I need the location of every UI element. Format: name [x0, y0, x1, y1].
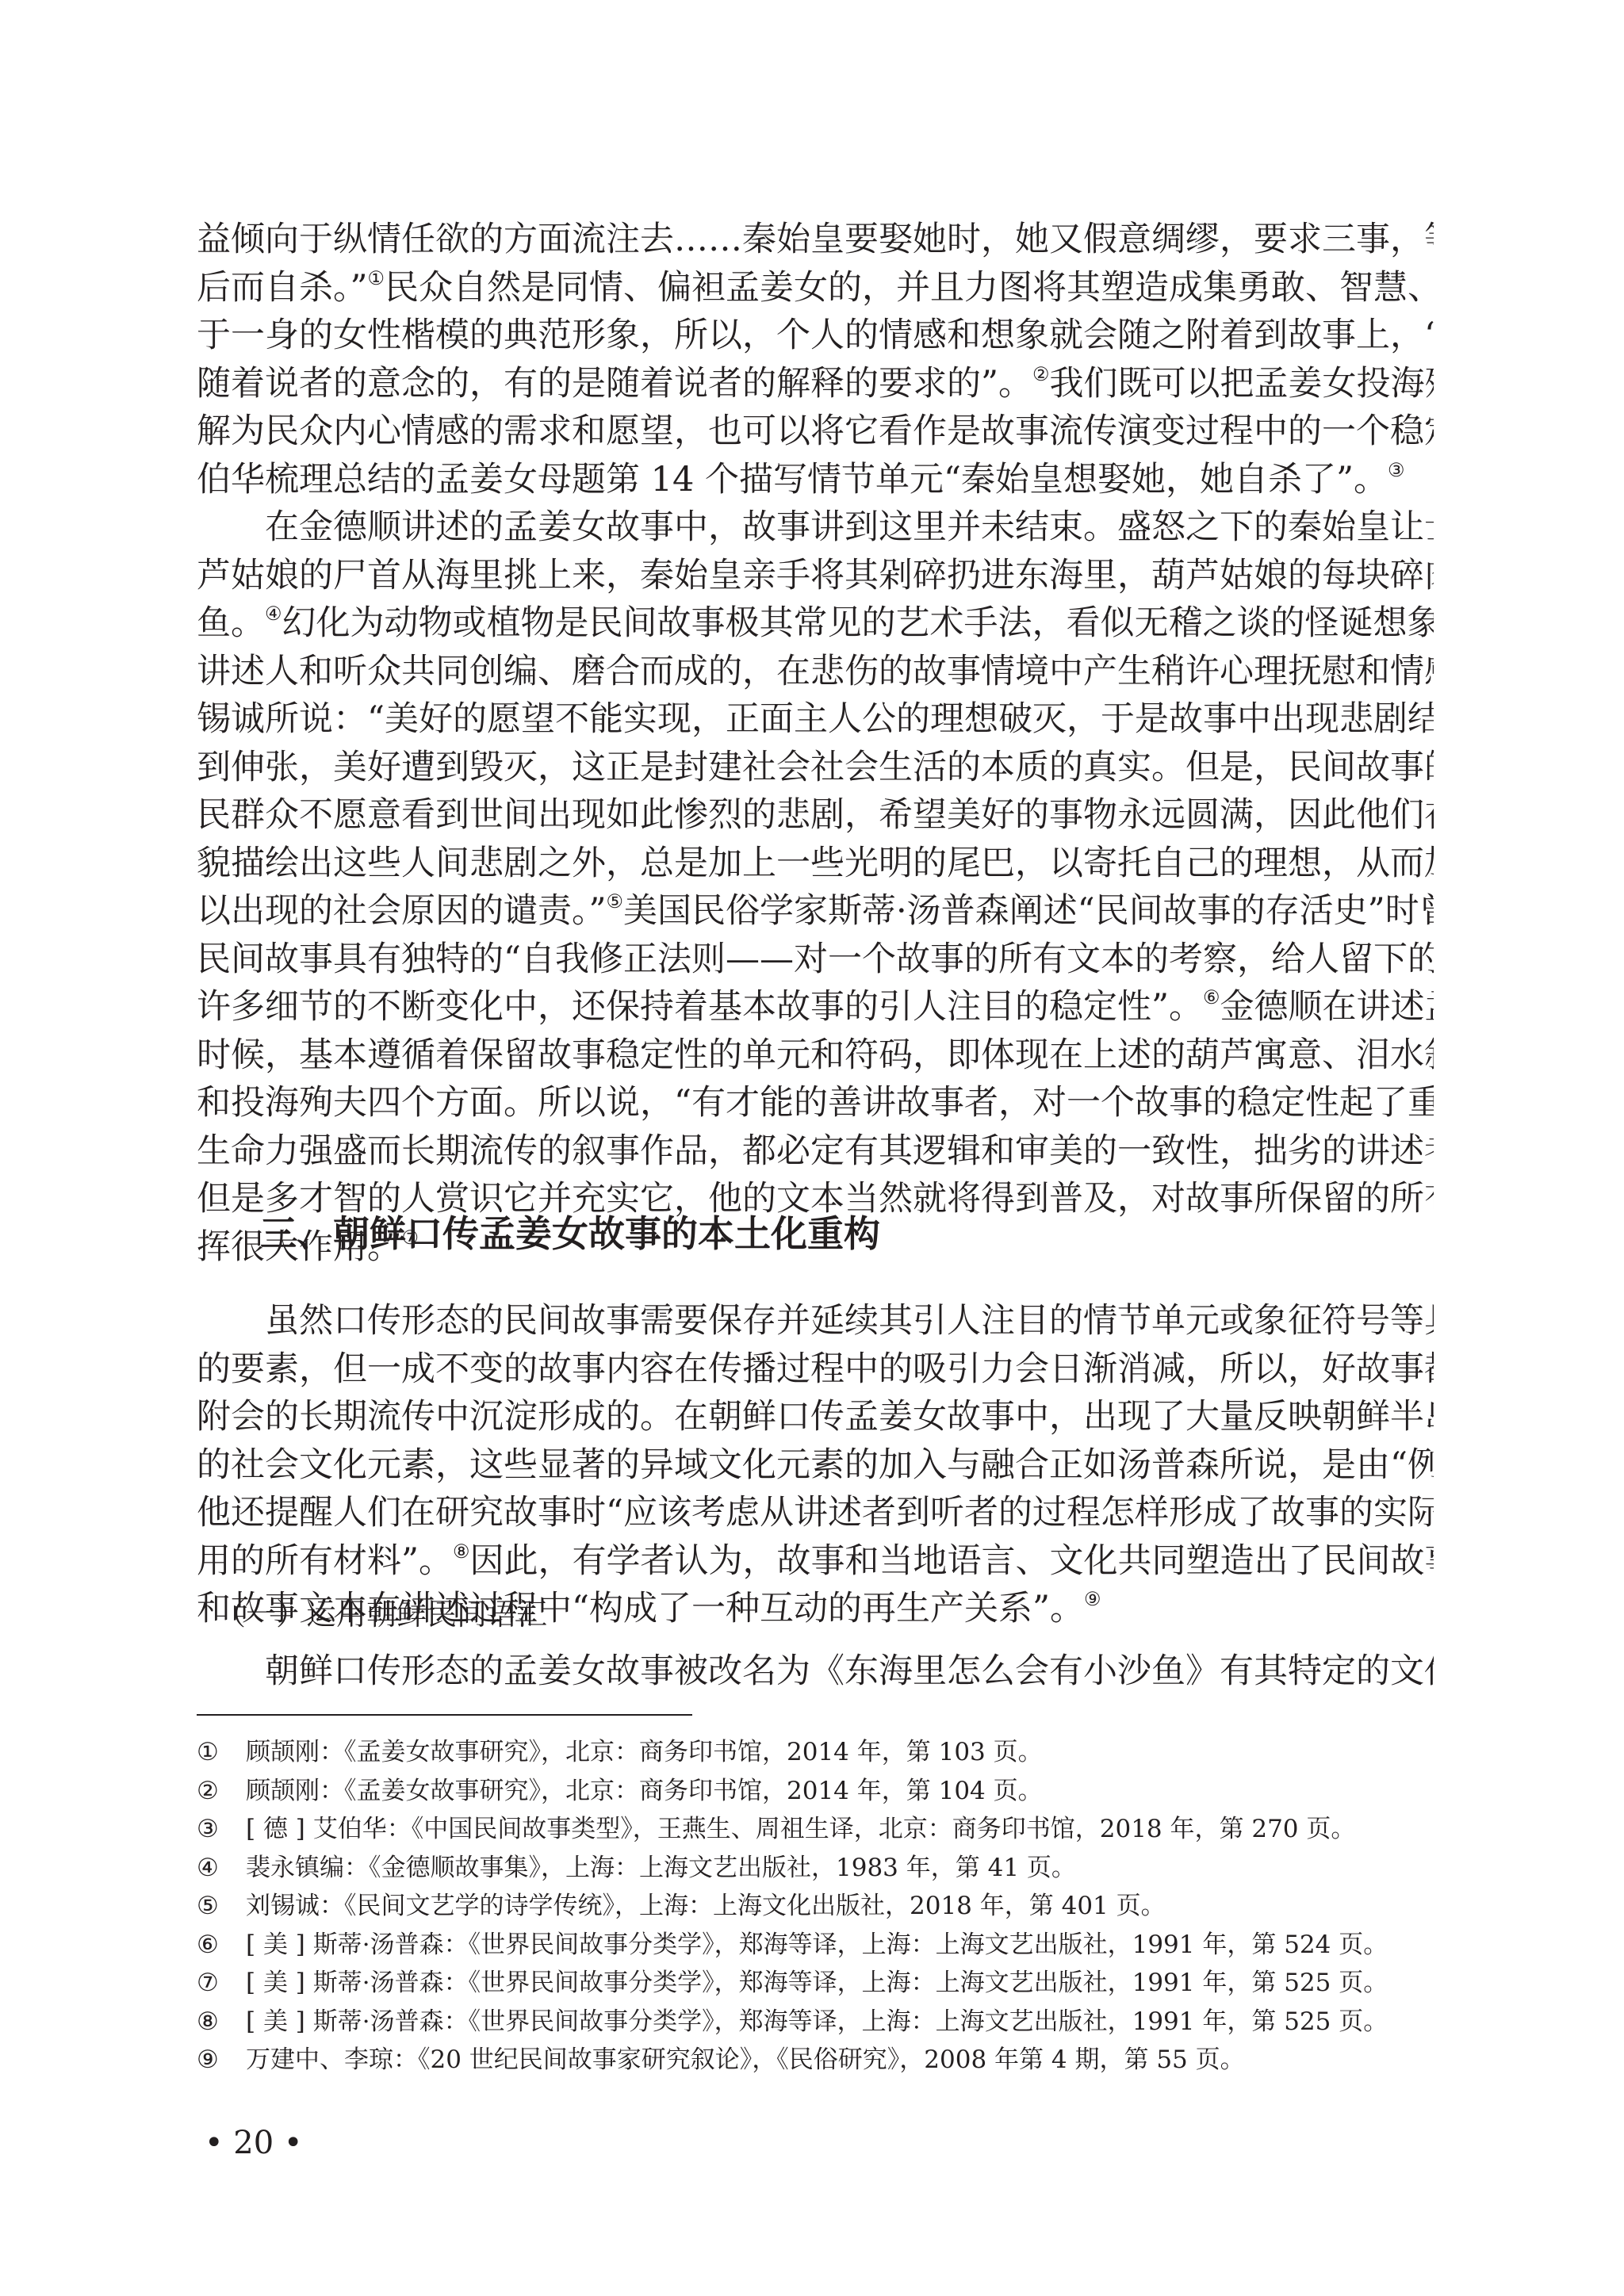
footnote-mark: ⑦ — [197, 1964, 246, 2003]
footnote-ref[interactable]: ③ — [1388, 459, 1405, 481]
text-span: 伯华梳理总结的孟姜女母题第 14 个描写情节单元“秦始皇想娶她，她自杀了”。 — [197, 460, 1388, 499]
footnote-text: 顾颉刚：《孟姜女故事研究》，北京：商务印书馆，2014 年，第 103 页。 — [246, 1733, 1043, 1772]
text-line: 芦姑娘的尸首从海里挑上来，秦始皇亲手将其剁碎扔进东海里，葫芦姑娘的每块碎肉都变成… — [197, 552, 1434, 600]
footnote-item: ⑤刘锡诚：《民间文艺学的诗学传统》，上海：上海文化出版社，2018 年，第 40… — [197, 1887, 1434, 1926]
footnote-text: [ 德 ] 艾伯华：《中国民间故事类型》，王燕生、周祖生译，北京：商务印书馆，2… — [246, 1810, 1355, 1849]
footnote-mark: ④ — [197, 1849, 246, 1888]
text-line: 虽然口传形态的民间故事需要保存并延续其引人注目的情节单元或象征符号等具有内在稳定… — [197, 1297, 1434, 1345]
text-line: 貌描绘出这些人间悲剧之外，总是加上一些光明的尾巴，以寄托自己的理想，从而加强了对… — [197, 840, 1434, 888]
page-number: • 20 • — [205, 2125, 303, 2161]
text-line: 讲述人和听众共同创编、磨合而成的，在悲伤的故事情境中产生稍许心理抚慰和情感补偿。… — [197, 648, 1434, 696]
text-span: 以出现的社会原因的谴责。” — [197, 891, 606, 931]
footnote-ref[interactable]: ⑥ — [1203, 986, 1220, 1008]
text-span: 因此，有学者认为，故事和当地语言、文化共同塑造出了民间故事家，故事家 — [470, 1541, 1434, 1581]
text-span: 用的所有材料”。 — [197, 1541, 453, 1581]
text-line: 在金德顺讲述的孟姜女故事中，故事讲到这里并未结束。盛怒之下的秦始皇让士兵用长枪把… — [197, 503, 1434, 552]
text-line: 益倾向于纵情任欲的方面流注去……秦始皇要娶她时，她又假意绸缪，要求三事，等到骗到… — [197, 216, 1434, 264]
text-line: 民间故事具有独特的“自我修正法则——对一个故事的所有文本的考察，给人留下的深刻印… — [197, 936, 1434, 984]
text-span: 我们既可以把孟姜女投海殉夫的结局理 — [1050, 364, 1434, 404]
footnote-text: [ 美 ] 斯蒂·汤普森：《世界民间故事分类学》，郑海等译，上海：上海文艺出版社… — [246, 1964, 1388, 2003]
footnote-item: ⑦[ 美 ] 斯蒂·汤普森：《世界民间故事分类学》，郑海等译，上海：上海文艺出版… — [197, 1964, 1434, 2003]
footnote-divider — [197, 1714, 692, 1716]
footnote-item: ⑨万建中、李琼：《20 世纪民间故事家研究叙论》，《民俗研究》，2008 年第 … — [197, 2041, 1434, 2080]
body-text-subsection: 朝鲜口传形态的孟姜女故事被改名为《东海里怎么会有小沙鱼》有其特定的文化根源。朝鲜… — [197, 1647, 1434, 1696]
text-line: 的要素，但一成不变的故事内容在传播过程中的吸引力会日渐消减，所以，好故事都是在不… — [197, 1345, 1434, 1394]
footnote-text: 顾颉刚：《孟姜女故事研究》，北京：商务印书馆，2014 年，第 104 页。 — [246, 1772, 1043, 1811]
text-line: 于一身的女性楷模的典范形象，所以，个人的情感和想象就会随之附着到故事上，“有的是… — [197, 312, 1434, 360]
footnote-ref[interactable]: ④ — [265, 603, 282, 625]
text-span: 金德顺在讲述孟姜女故事的 — [1220, 987, 1434, 1027]
text-line: 的社会文化元素，这些显著的异域文化元素的加入与融合正如汤普森所说，是由“例外变成… — [197, 1441, 1434, 1490]
text-span: 许多细节的不断变化中，还保持着基本故事的引人注目的稳定性”。 — [197, 987, 1203, 1027]
text-line: 民群众不愿意看到世间出现如此惨烈的悲剧，希望美好的事物永远圆满，因此他们在按照生… — [197, 791, 1434, 840]
footnote-item: ③[ 德 ] 艾伯华：《中国民间故事类型》，王燕生、周祖生译，北京：商务印书馆，… — [197, 1810, 1434, 1849]
footnote-item: ⑥[ 美 ] 斯蒂·汤普森：《世界民间故事分类学》，郑海等译，上海：上海文艺出版… — [197, 1926, 1434, 1965]
footnote-text: [ 美 ] 斯蒂·汤普森：《世界民间故事分类学》，郑海等译，上海：上海文艺出版社… — [246, 1926, 1388, 1965]
text-line: 时候，基本遵循着保留故事稳定性的单元和符码，即体现在上述的葫芦寓意、泪水叙事、长… — [197, 1031, 1434, 1080]
footnotes: ①顾颉刚：《孟姜女故事研究》，北京：商务印书馆，2014 年，第 103 页。 … — [197, 1733, 1434, 2080]
footnote-text: [ 美 ] 斯蒂·汤普森：《世界民间故事分类学》，郑海等译，上海：上海文艺出版社… — [246, 2003, 1388, 2042]
footnote-item: ②顾颉刚：《孟姜女故事研究》，北京：商务印书馆，2014 年，第 104 页。 — [197, 1772, 1434, 1811]
text-line: 他还提醒人们在研究故事时“应该考虑从讲述者到听者的过程怎样形成了故事的实际变化的… — [197, 1489, 1434, 1537]
text-line: 许多细节的不断变化中，还保持着基本故事的引人注目的稳定性”。⑥金德顺在讲述孟姜女… — [197, 983, 1434, 1031]
section-heading: 三、朝鲜口传孟姜女故事的本土化重构 — [260, 1205, 880, 1257]
text-line: 用的所有材料”。⑧因此，有学者认为，故事和当地语言、文化共同塑造出了民间故事家，… — [197, 1537, 1434, 1586]
footnote-ref[interactable]: ② — [1032, 363, 1050, 385]
text-line: 生命力强盛而长期流传的叙事作品，都必定有其逻辑和审美的一致性，拙劣的讲述者时常干… — [197, 1127, 1434, 1176]
footnote-text: 刘锡诚：《民间文艺学的诗学传统》，上海：上海文化出版社，2018 年，第 401… — [246, 1887, 1166, 1926]
footnote-text: 裴永镇编：《金德顺故事集》，上海：上海文艺出版社，1983 年，第 41 页。 — [246, 1849, 1076, 1888]
text-line: 朝鲜口传形态的孟姜女故事被改名为《东海里怎么会有小沙鱼》有其特定的文化根源。朝鲜… — [197, 1647, 1434, 1696]
text-span: 后而自杀。” — [197, 268, 367, 308]
footnote-mark: ③ — [197, 1810, 246, 1849]
body-text: 益倾向于纵情任欲的方面流注去……秦始皇要娶她时，她又假意绸缪，要求三事，等到骗到… — [197, 216, 1434, 1271]
footnote-item: ⑧[ 美 ] 斯蒂·汤普森：《世界民间故事分类学》，郑海等译，上海：上海文艺出版… — [197, 2003, 1434, 2042]
footnote-item: ④裴永镇编：《金德顺故事集》，上海：上海文艺出版社，1983 年，第 41 页。 — [197, 1849, 1434, 1888]
text-line: 后而自杀。”①民众自然是同情、偏袒孟姜女的，并且力图将其塑造成集勇敢、智慧、善良… — [197, 264, 1434, 312]
footnote-ref[interactable]: ① — [367, 267, 385, 289]
text-span: 美国民俗学家斯蒂·汤普森阐述“民间故事的存活史”时曾提出， — [623, 891, 1434, 931]
footnote-ref[interactable]: ⑤ — [606, 890, 623, 913]
footnote-ref[interactable]: ⑨ — [1084, 1588, 1101, 1610]
footnote-mark: ⑧ — [197, 2003, 246, 2042]
body-text-section-3: 虽然口传形态的民间故事需要保存并延续其引人注目的情节单元或象征符号等具有内在稳定… — [197, 1297, 1434, 1633]
footnote-mark: ① — [197, 1733, 246, 1772]
footnote-text: 万建中、李琼：《20 世纪民间故事家研究叙论》，《民俗研究》，2008 年第 4… — [246, 2041, 1245, 2080]
footnote-mark: ② — [197, 1772, 246, 1811]
subsection-heading: （一）运用朝鲜民间语汇 — [216, 1590, 547, 1633]
footnote-mark: ⑨ — [197, 2041, 246, 2080]
text-line: 附会的长期流传中沉淀形成的。在朝鲜口传孟姜女故事中，出现了大量反映朝鲜半岛地区生… — [197, 1393, 1434, 1441]
text-span: 幻化为动物或植物是民间故事极其常见的艺术手法，看似无稽之谈的怪诞想象，实则是无数 — [282, 603, 1434, 643]
footnote-mark: ⑥ — [197, 1926, 246, 1965]
text-line: 到伸张，美好遭到毁灭，这正是封建社会社会生活的本质的真实。但是，民间故事的作者们… — [197, 744, 1434, 792]
text-line: 随着说者的意念的，有的是随着说者的解释的要求的”。②我们既可以把孟姜女投海殉夫的… — [197, 360, 1434, 408]
footnote-mark: ⑤ — [197, 1887, 246, 1926]
text-line: 以出现的社会原因的谴责。”⑤美国民俗学家斯蒂·汤普森阐述“民间故事的存活史”时曾… — [197, 887, 1434, 936]
text-line: 鱼。④幻化为动物或植物是民间故事极其常见的艺术手法，看似无稽之谈的怪诞想象，实则… — [197, 599, 1434, 648]
text-line: 伯华梳理总结的孟姜女母题第 14 个描写情节单元“秦始皇想娶她，她自杀了”。③ — [197, 456, 1434, 504]
text-span: 随着说者的意念的，有的是随着说者的解释的要求的”。 — [197, 364, 1032, 404]
text-line: 锡诚所说：“美好的愿望不能实现，正面主人公的理想破灭，于是故事中出现悲剧结局。正… — [197, 695, 1434, 744]
text-line: 解为民众内心情感的需求和愿望，也可以将它看作是故事流传演变过程中的一个稳定母题，… — [197, 408, 1434, 456]
text-span: 鱼。 — [197, 603, 265, 643]
text-line: 和投海殉夫四个方面。所以说，“有才能的善讲故事者，对一个故事的稳定性起了重要作用… — [197, 1079, 1434, 1127]
footnote-item: ①顾颉刚：《孟姜女故事研究》，北京：商务印书馆，2014 年，第 103 页。 — [197, 1733, 1434, 1772]
footnote-ref[interactable]: ⑧ — [453, 1540, 470, 1563]
text-span: 民众自然是同情、偏袒孟姜女的，并且力图将其塑造成集勇敢、智慧、善良、忠贞 — [385, 268, 1434, 308]
